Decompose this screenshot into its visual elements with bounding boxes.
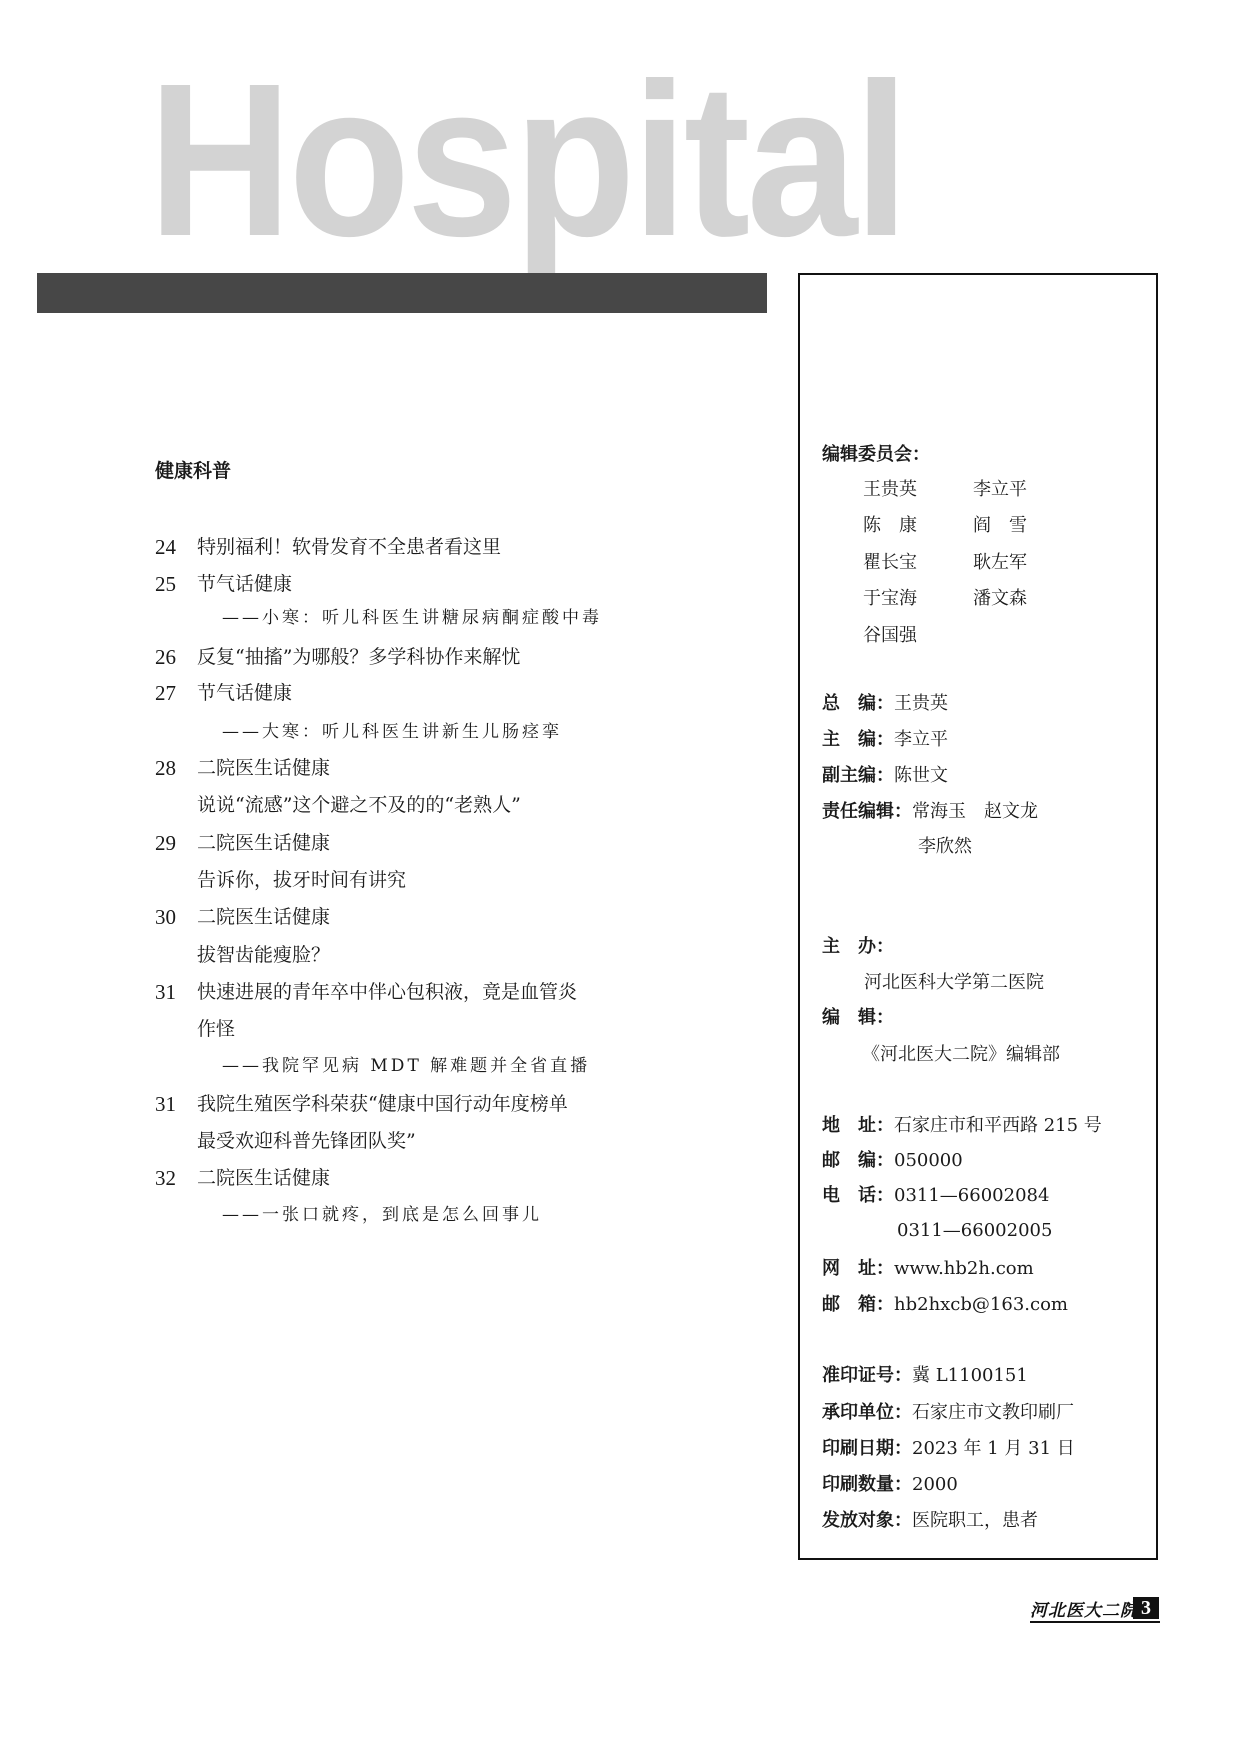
phone-row: 电 话：0311—66002084: [822, 1183, 1049, 1208]
committee-member: 于宝海: [863, 587, 917, 611]
email-link[interactable]: hb2hxcb@163.com: [894, 1294, 1068, 1315]
toc-page-number: 29: [155, 831, 176, 855]
field-label: 承印单位：: [822, 1402, 912, 1423]
toc-page-number: 32: [155, 1166, 176, 1190]
toc-title: 快速进展的青年卒中伴心包积液，竟是血管炎: [197, 980, 577, 1004]
section-title: 健康科普: [155, 459, 231, 483]
field-value: 0311—66002084: [894, 1185, 1049, 1206]
committee-member: 阎 雪: [973, 514, 1027, 538]
toc-title-line2: 最受欢迎科普先锋团队奖”: [197, 1129, 416, 1153]
footer-underline: [1030, 1621, 1160, 1623]
toc-page-number: 31: [155, 980, 176, 1004]
toc-subtitle: ——一张口就疼，到底是怎么回事儿: [222, 1203, 542, 1227]
print-date-row: 印刷日期：2023 年 1 月 31 日: [822, 1436, 1075, 1461]
toc-title: 特别福利！软骨发育不全患者看这里: [197, 535, 501, 559]
toc-page-number: 27: [155, 681, 176, 705]
toc-page-number: 25: [155, 572, 176, 596]
chief-editor-row: 主 编：李立平: [822, 727, 948, 752]
toc-title: 节气话健康: [197, 681, 292, 705]
toc-title-line2: 说说“流感”这个避之不及的的“老熟人”: [197, 793, 521, 817]
committee-member: 瞿长宝: [863, 551, 917, 575]
print-permit-row: 准印证号：冀 L1100151: [822, 1363, 1028, 1388]
committee-member: 谷国强: [863, 624, 917, 648]
field-value: 医院职工，患者: [912, 1510, 1038, 1531]
toc-subtitle: ——大寒：听儿科医生讲新生儿肠痉挛: [222, 720, 562, 744]
responsible-editor-extra: 李欣然: [918, 835, 972, 859]
editor-dept-value: 《河北医大二院》编辑部: [862, 1043, 1060, 1067]
committee-label: 编辑委员会：: [822, 443, 930, 467]
field-label: 总 编：: [822, 693, 894, 714]
field-label: 发放对象：: [822, 1510, 912, 1531]
hospital-watermark-title: Hospital: [148, 52, 906, 270]
field-label: 印刷日期：: [822, 1438, 912, 1459]
website-link[interactable]: www.hb2h.com: [894, 1258, 1034, 1279]
field-label: 准印证号：: [822, 1365, 912, 1386]
toc-title: 我院生殖医学科荣获“健康中国行动年度榜单: [197, 1092, 568, 1116]
publication-logo-text: 河北医大二院: [1030, 1596, 1138, 1621]
toc-title: 二院医生话健康: [197, 1166, 330, 1190]
sponsor-label: 主 办：: [822, 935, 894, 959]
field-label: 副主编：: [822, 765, 894, 786]
field-label: 电 话：: [822, 1185, 894, 1206]
toc-subtitle: ——我院罕见病 MDT 解难题并全省直播: [222, 1054, 590, 1078]
committee-member: 陈 康: [863, 514, 917, 538]
toc-title-line2: 告诉你，拔牙时间有讲究: [197, 868, 406, 892]
toc-title-line2: 拔智齿能瘦脸？: [197, 943, 330, 967]
phone-extra: 0311—66002005: [897, 1219, 1052, 1243]
website-row: 网 址：www.hb2h.com: [822, 1256, 1034, 1281]
toc-title-line2: 作怪: [197, 1017, 235, 1041]
postcode-row: 邮 编：050000: [822, 1148, 963, 1173]
toc-page-number: 31: [155, 1092, 176, 1116]
email-row: 邮 箱：hb2hxcb@163.com: [822, 1292, 1068, 1317]
committee-member: 李立平: [973, 478, 1027, 502]
field-label: 邮 箱：: [822, 1294, 894, 1315]
field-value: 050000: [894, 1150, 963, 1171]
field-label: 主 编：: [822, 729, 894, 750]
field-label: 地 址：: [822, 1115, 894, 1136]
toc-subtitle: ——小寒：听儿科医生讲糖尿病酮症酸中毒: [222, 606, 602, 630]
toc-title: 反复“抽搐”为哪般？多学科协作来解忧: [197, 645, 520, 669]
field-value: 王贵英: [894, 693, 948, 714]
toc-page-number: 28: [155, 756, 176, 780]
toc-page-number: 30: [155, 905, 176, 929]
page-number: 3: [1133, 1597, 1159, 1619]
field-value: 李立平: [894, 729, 948, 750]
field-value: 常海玉 赵文龙: [912, 801, 1038, 822]
field-value: 冀 L1100151: [912, 1365, 1028, 1386]
field-value: 2000: [912, 1474, 958, 1495]
committee-member: 潘文森: [973, 587, 1027, 611]
field-value: 2023 年 1 月 31 日: [912, 1438, 1075, 1459]
committee-member: 耿左军: [973, 551, 1027, 575]
print-quantity-row: 印刷数量：2000: [822, 1472, 958, 1497]
editor-dept-label: 编 辑：: [822, 1006, 894, 1030]
field-label: 网 址：: [822, 1258, 894, 1279]
field-label: 印刷数量：: [822, 1474, 912, 1495]
address-row: 地 址：石家庄市和平西路 215 号: [822, 1113, 1102, 1138]
deputy-editor-row: 副主编：陈世文: [822, 763, 948, 788]
field-value: 石家庄市文教印刷厂: [912, 1402, 1074, 1423]
field-label: 责任编辑：: [822, 801, 912, 822]
sponsor-value: 河北医科大学第二医院: [864, 971, 1044, 995]
responsible-editor-row: 责任编辑：常海玉 赵文龙: [822, 799, 1038, 824]
toc-title: 二院医生话健康: [197, 905, 330, 929]
committee-member: 王贵英: [863, 478, 917, 502]
field-value: 石家庄市和平西路 215 号: [894, 1115, 1102, 1136]
distribution-row: 发放对象：医院职工，患者: [822, 1508, 1038, 1533]
toc-page-number: 24: [155, 535, 176, 559]
toc-title: 二院医生话健康: [197, 756, 330, 780]
printer-row: 承印单位：石家庄市文教印刷厂: [822, 1400, 1074, 1425]
toc-page-number: 26: [155, 645, 176, 669]
header-bar: [37, 273, 767, 313]
field-label: 邮 编：: [822, 1150, 894, 1171]
toc-title: 二院医生话健康: [197, 831, 330, 855]
field-value: 陈世文: [894, 765, 948, 786]
toc-title: 节气话健康: [197, 572, 292, 596]
editor-in-chief-row: 总 编：王贵英: [822, 691, 948, 716]
